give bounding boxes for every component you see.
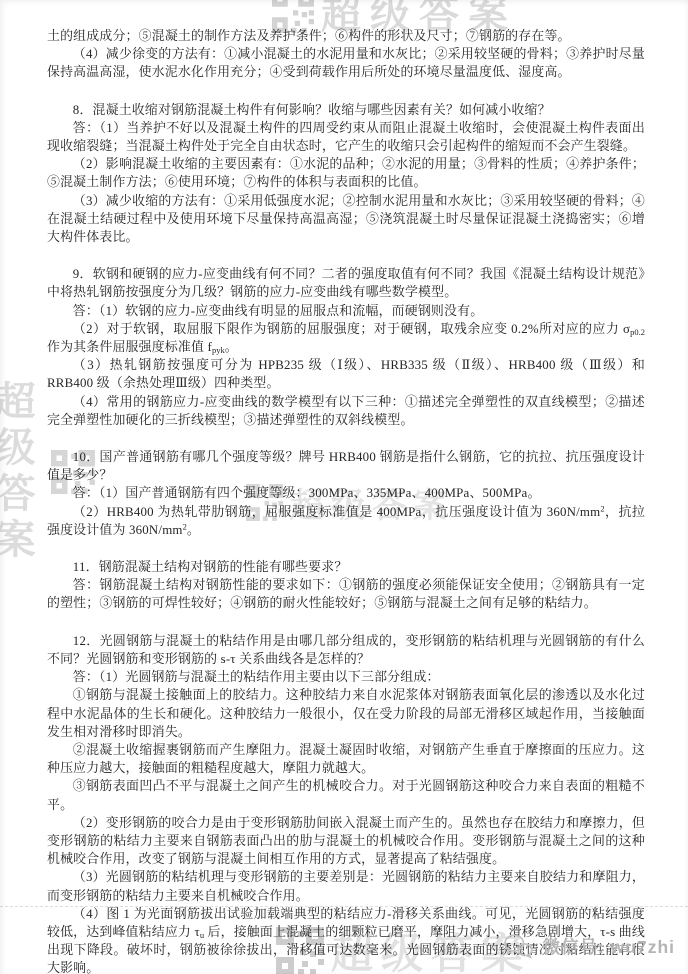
para-q12-answer-1: 答：（1）光圆钢筋与混凝土的粘结作用主要由以下三部分组成： <box>47 668 645 686</box>
page-bottom-edge <box>0 906 688 907</box>
para-q8-answer-1: 答：（1）当养护不好以及混凝土构件的四周受约束从而阻止混凝土收缩时，会使混凝土构… <box>47 119 645 155</box>
wechat-icon <box>503 933 533 959</box>
para-q7-item4: （4）减少徐变的方法有：①减小混凝土的水泥用量和水灰比；②采用较坚硬的骨料；③养… <box>47 45 645 81</box>
para-q12-item3: ③钢筋表面凹凸不平与混凝土之间产生的机械咬合力。对于光圆钢筋这种咬合力来自表面的… <box>47 777 645 813</box>
para-q9-answer-2: （2）对于软钢，取屈服下限作为钢筋的屈服强度；对于硬钢，取残余应变 0.2%所对… <box>47 320 645 356</box>
para-q9-answer-4: （4）常用的钢筋应力-应变曲线的数学模型有以下三种：①描述完全弹塑性的双直线模型… <box>47 393 645 429</box>
para-q12-item2: ②混凝土收缩握裹钢筋而产生摩阻力。混凝土凝固时收缩，对钢筋产生垂直于摩擦面的压应… <box>47 741 645 777</box>
question-10: 10．国产普通钢筋有哪几个强度等级？牌号 HRB400 钢筋是指什么钢筋，它的抗… <box>47 448 645 484</box>
para-q12-answer-3: （3）光圆钢筋的粘结机理与变形钢筋的主要差别是：光圆钢筋的粘结力主要来自胶结力和… <box>47 868 645 904</box>
para-q11-answer: 答：钢筋混凝土结构对钢筋性能的要求如下：①钢筋的强度必须能保证安全使用；②钢筋具… <box>47 576 645 612</box>
para-q7-continuation: 土的组成成分；⑤混凝土的制作方法及养护条件；⑥构件的形状及尺寸；⑦钢筋的存在等。 <box>47 27 645 45</box>
para-q12-item1: ①钢筋与混凝土接触面上的胶结力。这种胶结力来自水泥浆体对钢筋表面氧化层的渗透以及… <box>47 686 645 741</box>
para-q12-answer-2: （2）变形钢筋的咬合力是由于变形钢筋肋间嵌入混凝土而产生的。虽然也存在胶结力和摩… <box>47 814 645 869</box>
document-content: 土的组成成分；⑤混凝土的制作方法及养护条件；⑥构件的形状及尺寸；⑦钢筋的存在等。… <box>47 27 645 974</box>
question-12: 12．光圆钢筋与混凝土的粘结作用是由哪几部分组成的，变形钢筋的粘结机理与光圆钢筋… <box>47 632 645 668</box>
para-q8-answer-2: （2）影响混凝土收缩的主要因素有：①水泥的品种；②水泥的用量；③骨料的性质；④养… <box>47 155 645 191</box>
para-q10-answer-2: （2）HRB400 为热轧带肋钢筋，屈服强度标准值是 400MPa，抗压强度设计… <box>47 503 645 539</box>
para-q8-answer-3: （3）减少收缩的方法有：①采用低强度水泥；②控制水泥用量和水灰比；③采用较坚硬的… <box>47 192 645 247</box>
question-8: 8．混凝土收缩对钢筋混凝土构件有何影响？收缩与哪些因素有关？如何减小收缩？ <box>47 101 645 119</box>
para-q9-answer-1: 答：（1）软钢的应力-应变曲线有明显的屈服点和流幅，而硬钢则没有。 <box>47 302 645 320</box>
wechat-contact: 微信号: wu7zhi <box>503 933 675 959</box>
para-q10-answer-1: 答：（1）国产普通钢筋有四个强度等级：300MPa、335MPa、400MPa、… <box>47 484 645 502</box>
question-11: 11．钢筋混凝土结构对钢筋的性能有哪些要求？ <box>47 558 645 576</box>
para-q9-answer-3: （3）热轧钢筋按强度可分为 HPB235 级（Ⅰ级）、HRB335 级（Ⅱ级）、… <box>47 356 645 392</box>
watermark-text: 超级答案 <box>0 380 41 564</box>
wechat-label: 微信号: wu7zhi <box>542 934 675 959</box>
question-9: 9．软钢和硬钢的应力-应变曲线有何不同？二者的强度取值有何不同？我国《混凝土结构… <box>47 265 645 301</box>
